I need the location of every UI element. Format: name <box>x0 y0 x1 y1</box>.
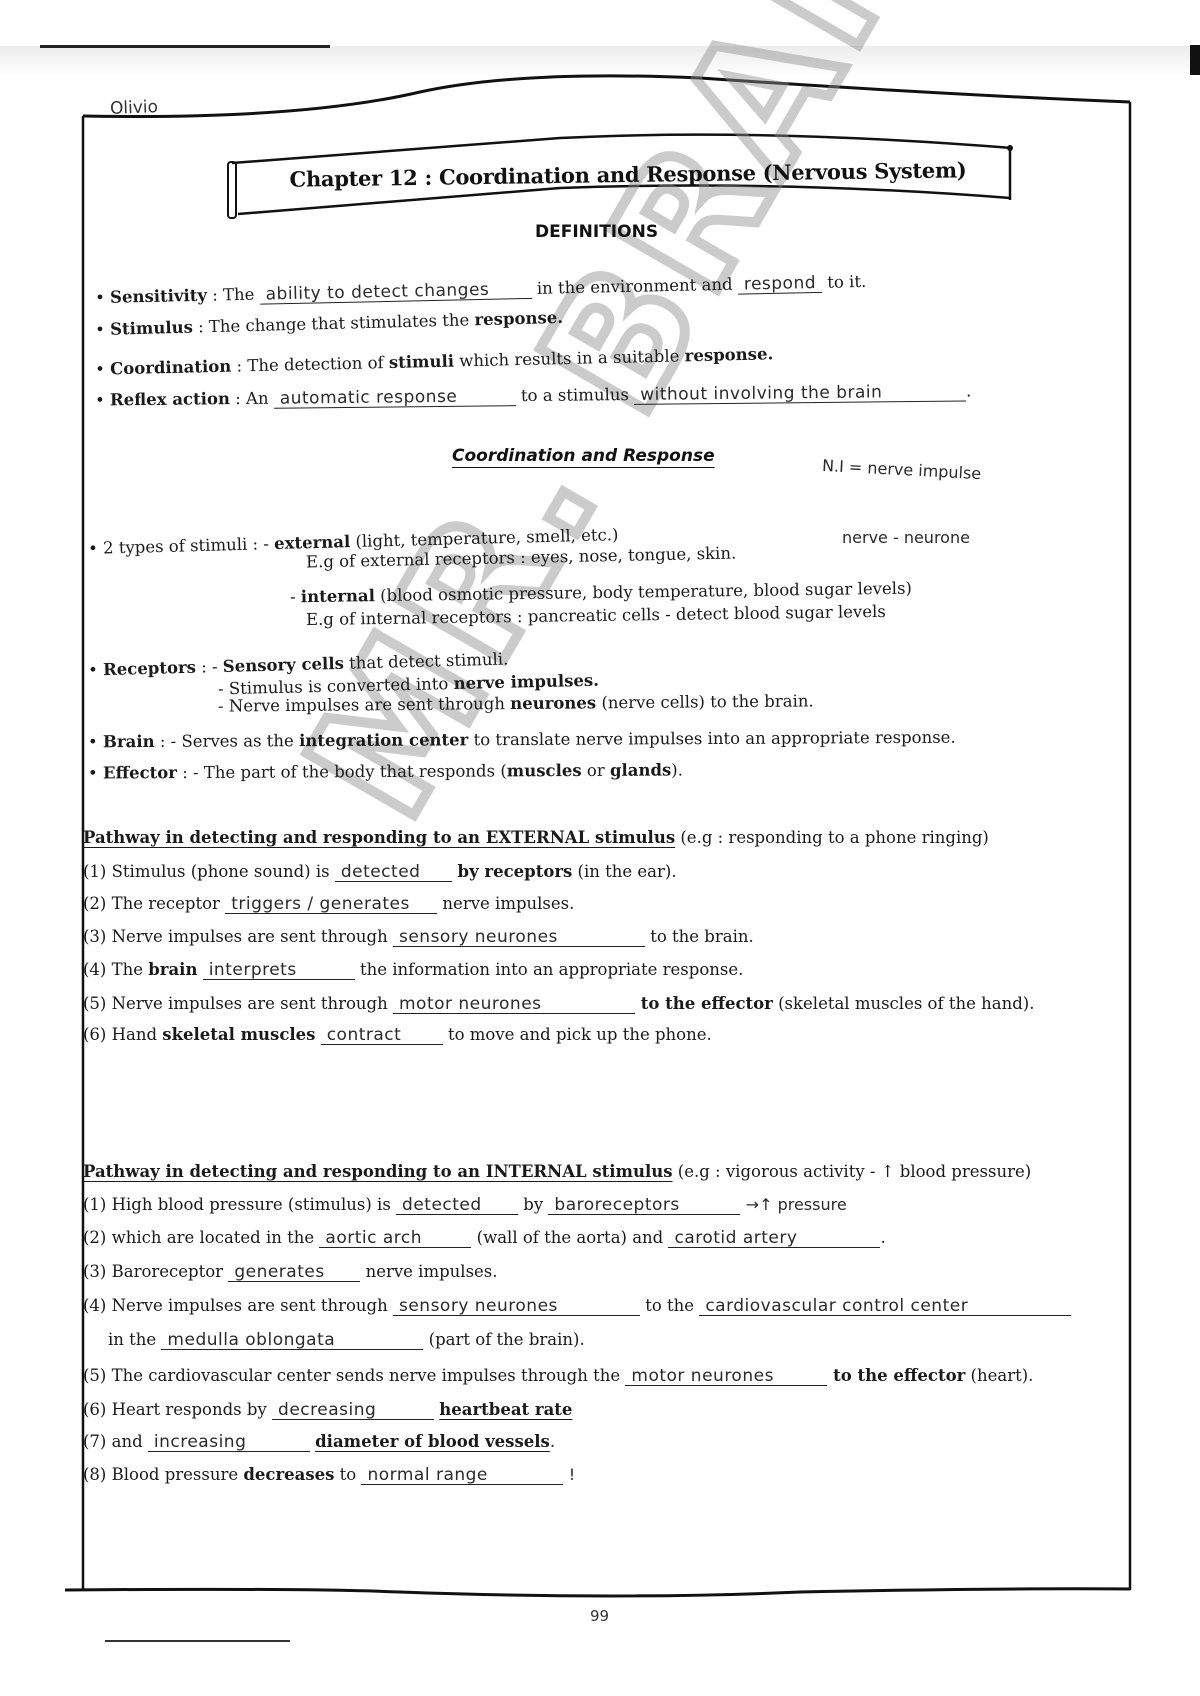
text: (8) Blood pressure <box>83 1465 243 1484</box>
term-label: Stimulus <box>110 318 193 339</box>
text: nerve impulses. <box>437 894 574 913</box>
answer-blank: motor neurones <box>625 1367 827 1386</box>
text: (6) Heart responds by <box>83 1400 272 1419</box>
text: : - Serves as the <box>155 731 300 751</box>
text: integration center <box>299 730 468 750</box>
text: Pathway in detecting and responding to a… <box>83 828 675 847</box>
text: to translate nerve impulses into an appr… <box>468 728 955 750</box>
text: internal <box>301 586 375 606</box>
text: muscles <box>507 761 582 780</box>
answer-blank: triggers / generates <box>225 895 437 914</box>
answer-blank: increasing <box>148 1433 310 1452</box>
text: to <box>334 1465 361 1484</box>
text: by <box>518 1195 548 1214</box>
text: by receptors <box>452 862 573 881</box>
chapter-title: Chapter 12 : Coordination and Response (… <box>289 157 966 191</box>
term-label: Coordination <box>110 357 232 379</box>
external-pathway-heading: Pathway in detecting and responding to a… <box>83 828 989 847</box>
text: (6) Hand <box>83 1025 162 1044</box>
student-name: Olivio <box>110 97 159 119</box>
term-label: Reflex action <box>110 389 230 409</box>
text: to the effector <box>635 994 773 1013</box>
effector-definition: • Effector : - The part of the body that… <box>88 760 683 782</box>
text: (e.g : responding to a phone ringing) <box>675 828 989 847</box>
text: to the effector <box>827 1366 965 1385</box>
internal-step-7: (7) and increasing diameter of blood ves… <box>83 1432 555 1452</box>
external-step-1: (1) Stimulus (phone sound) is detected b… <box>83 862 677 882</box>
text: nerve impulses. <box>360 1262 497 1281</box>
text: glands <box>610 761 671 780</box>
text: (wall of the aorta) and <box>471 1228 668 1247</box>
handwritten-note: ! <box>569 1465 575 1484</box>
text: . <box>550 1432 555 1451</box>
text: : - The part of the body that responds ( <box>177 761 507 782</box>
term-label: Effector <box>103 763 177 782</box>
external-step-6: (6) Hand skeletal muscles contract to mo… <box>83 1025 712 1045</box>
answer-blank: sensory neurones <box>393 1297 640 1316</box>
answer-blank: motor neurones <box>393 995 635 1014</box>
internal-step-1: (1) High blood pressure (stimulus) is de… <box>83 1195 847 1215</box>
answer-blank: normal range <box>361 1466 563 1485</box>
term-label: Receptors <box>103 658 196 679</box>
external-step-2: (2) The receptor triggers / generates ne… <box>83 894 574 914</box>
text: Pathway in detecting and responding to a… <box>83 1162 673 1181</box>
answer-blank: aortic arch <box>319 1229 471 1248</box>
text: (7) and <box>83 1432 148 1451</box>
answer-blank: baroreceptors <box>548 1196 740 1215</box>
text: : An <box>230 389 274 408</box>
text: or <box>582 761 610 780</box>
text: neurones <box>510 693 596 713</box>
text: brain <box>148 960 197 979</box>
answer-blank: contract <box>321 1026 443 1045</box>
answer-blank: automatic response <box>274 387 516 409</box>
text: to a stimulus <box>516 385 635 405</box>
text: diameter of blood vessels <box>315 1432 550 1451</box>
text: (5) Nerve impulses are sent through <box>83 994 393 1013</box>
text: (3) Baroreceptor <box>83 1262 228 1281</box>
text: to move and pick up the phone. <box>443 1025 712 1044</box>
text: skeletal muscles <box>162 1025 315 1044</box>
text: the information into an appropriate resp… <box>355 960 744 979</box>
text: (4) Nerve impulses are sent through <box>83 1296 393 1315</box>
text: Sensory cells <box>223 654 345 676</box>
text: (in the ear). <box>572 862 676 881</box>
answer-blank: carotid artery <box>668 1229 880 1248</box>
text: to the brain. <box>645 927 754 946</box>
handwritten-note: nerve - neurone <box>842 528 970 547</box>
internal-step-6: (6) Heart responds by decreasing heartbe… <box>83 1400 572 1420</box>
answer-blank: without involving the brain <box>634 382 966 404</box>
answer-blank: decreasing <box>272 1401 434 1420</box>
text: heartbeat rate <box>439 1400 572 1419</box>
answer-blank: detected <box>335 863 452 882</box>
term-label: Brain <box>103 732 155 751</box>
text: . <box>880 1228 885 1247</box>
internal-step-8: (8) Blood pressure decreases to normal r… <box>83 1465 575 1485</box>
text: (e.g : vigorous activity - ↑ blood press… <box>673 1162 1032 1181</box>
answer-blank: sensory neurones <box>393 928 645 947</box>
page-number: 99 <box>590 1607 609 1625</box>
text: response. <box>684 344 773 365</box>
internal-step-4-cont: in the medulla oblongata (part of the br… <box>108 1330 585 1350</box>
answer-blank: cardiovascular control center <box>699 1297 1071 1316</box>
text: : The <box>207 285 260 305</box>
internal-step-2: (2) which are located in the aortic arch… <box>83 1228 886 1248</box>
external-step-3: (3) Nerve impulses are sent through sens… <box>83 927 754 947</box>
answer-blank: detected <box>396 1196 518 1215</box>
text: ). <box>671 760 683 779</box>
handwritten-note: →↑ pressure <box>746 1195 847 1214</box>
text: (nerve cells) to the brain. <box>596 691 814 712</box>
text: stimuli <box>389 352 455 372</box>
term-label: Sensitivity <box>110 286 207 307</box>
text: in the environment and <box>531 275 738 298</box>
answer-blank: interprets <box>203 961 355 980</box>
answer-blank: medulla oblongata <box>161 1331 423 1350</box>
internal-step-3: (3) Baroreceptor generates nerve impulse… <box>83 1262 498 1282</box>
text: decreases <box>243 1465 334 1484</box>
text: (skeletal muscles of the hand). <box>773 994 1035 1013</box>
text: 2 types of stimuli <box>103 535 248 558</box>
text: (5) The cardiovascular center sends nerv… <box>83 1366 625 1385</box>
internal-step-4: (4) Nerve impulses are sent through sens… <box>83 1296 1071 1316</box>
external-step-4: (4) The brain interprets the information… <box>83 960 743 980</box>
text: (3) Nerve impulses are sent through <box>83 927 393 946</box>
text: : The detection of <box>231 353 389 376</box>
text: (2) The receptor <box>83 894 225 913</box>
text: . <box>966 381 971 400</box>
text: response. <box>474 308 563 329</box>
text: nerve impulses. <box>453 671 599 693</box>
definitions-heading: DEFINITIONS <box>535 222 658 242</box>
internal-step-5: (5) The cardiovascular center sends nerv… <box>83 1366 1033 1386</box>
text: external <box>274 532 351 553</box>
text: (part of the brain). <box>423 1330 584 1349</box>
text: (1) High blood pressure (stimulus) is <box>83 1195 396 1214</box>
text: to it. <box>822 272 867 292</box>
text: (4) The <box>83 960 148 979</box>
text: (1) Stimulus (phone sound) is <box>83 862 335 881</box>
text: (heart). <box>965 1366 1033 1385</box>
text: - Nerve impulses are sent through <box>218 694 510 716</box>
text: to the <box>640 1296 699 1315</box>
external-step-5: (5) Nerve impulses are sent through moto… <box>83 994 1034 1014</box>
internal-pathway-heading: Pathway in detecting and responding to a… <box>83 1162 1031 1181</box>
text: (2) which are located in the <box>83 1228 319 1247</box>
answer-blank: generates <box>228 1263 360 1282</box>
answer-blank: respond <box>738 274 823 295</box>
text: in the <box>108 1330 161 1349</box>
coordination-response-heading: Coordination and Response <box>452 446 715 466</box>
